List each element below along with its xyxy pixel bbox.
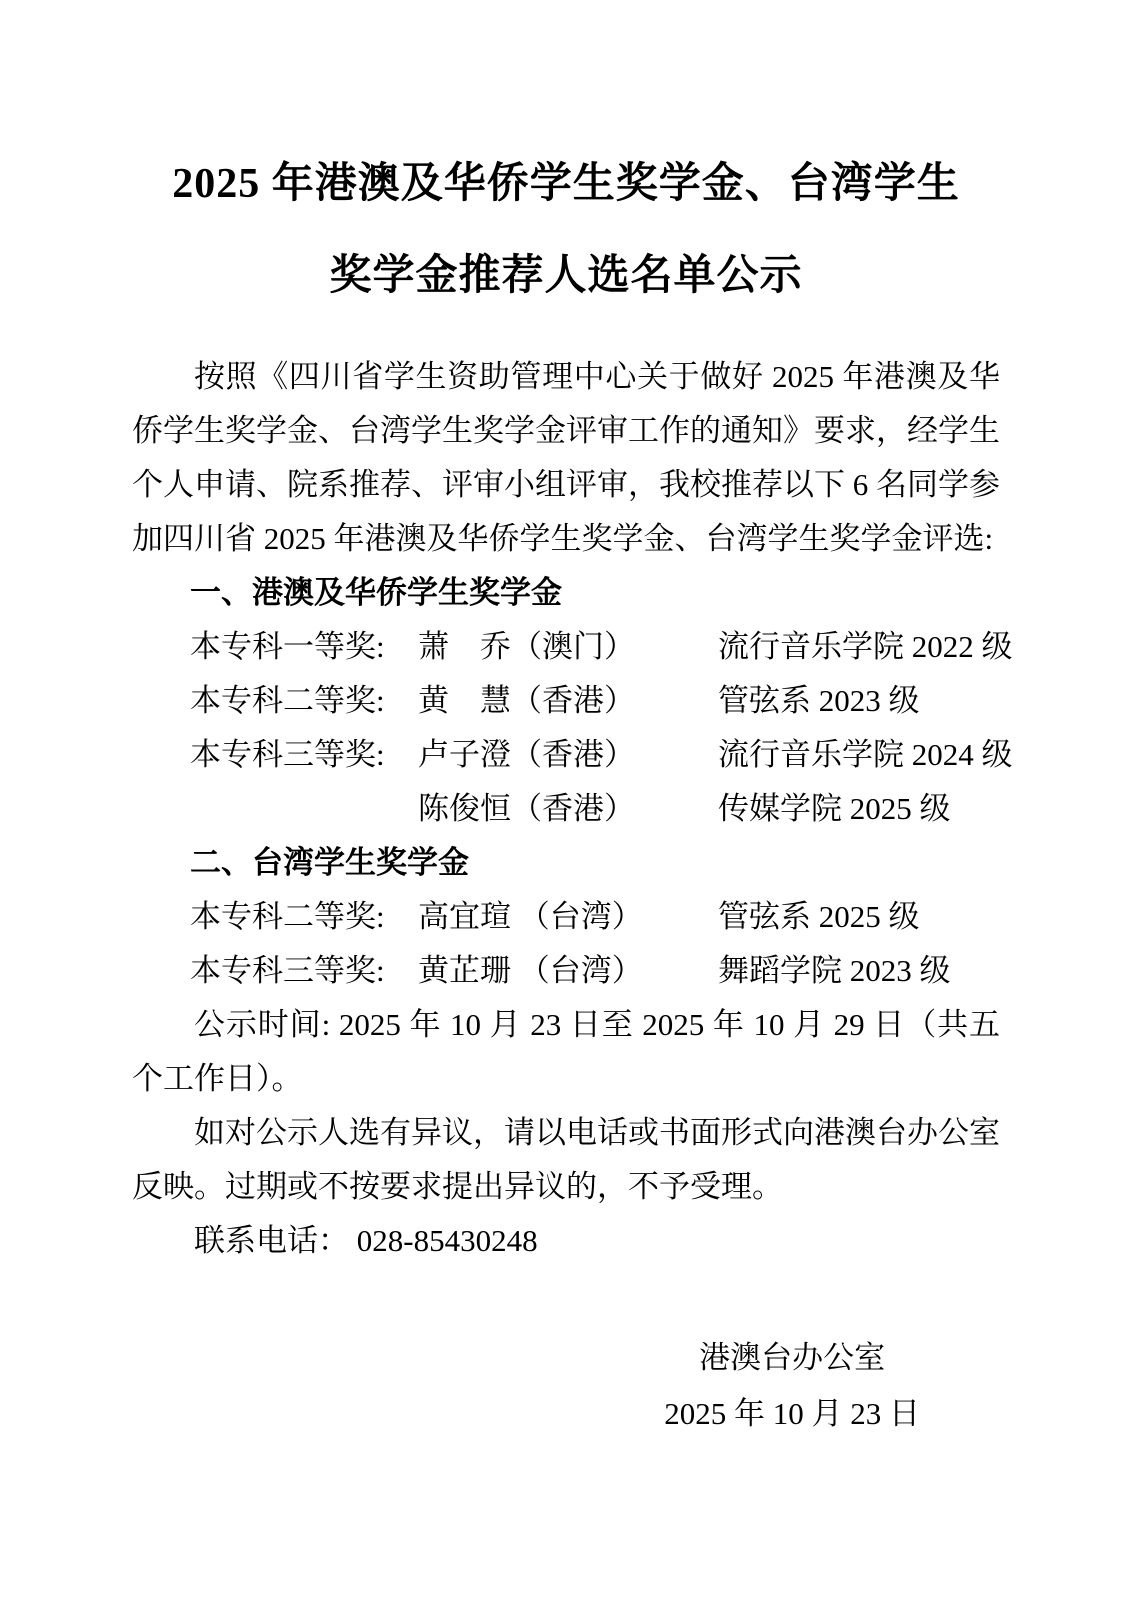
award-dept: 传媒学院 2025 级 xyxy=(718,782,1000,836)
title-line-2: 奖学金推荐人选名单公示 xyxy=(132,230,1000,322)
award-row: 本专科三等奖: 卢子澄（香港） 流行音乐学院 2024 级 xyxy=(132,728,1000,782)
award-name: 萧 乔（澳门） xyxy=(418,620,718,674)
signature-org: 港澳台办公室 xyxy=(664,1330,920,1386)
intro-paragraph: 按照《四川省学生资助管理中心关于做好 2025 年港澳及华侨学生奖学金、台湾学生… xyxy=(132,350,1000,566)
signature-date: 2025 年 10 月 23 日 xyxy=(664,1386,920,1442)
award-dept: 流行音乐学院 2024 级 xyxy=(718,728,1013,782)
award-row: 本专科二等奖: 黄 慧（香港） 管弦系 2023 级 xyxy=(132,674,1000,728)
section-1-heading: 一、港澳及华侨学生奖学金 xyxy=(132,566,1000,620)
contact-line: 联系电话： 028-85430248 xyxy=(132,1214,1000,1268)
award-dept: 管弦系 2023 级 xyxy=(718,674,1000,728)
award-label: 本专科三等奖: xyxy=(190,728,418,782)
publicity-period-paragraph: 公示时间: 2025 年 10 月 23 日至 2025 年 10 月 29 日… xyxy=(132,998,1000,1106)
award-label xyxy=(190,782,418,836)
award-label: 本专科一等奖: xyxy=(190,620,418,674)
award-row: 本专科一等奖: 萧 乔（澳门） 流行音乐学院 2022 级 xyxy=(132,620,1000,674)
award-name: 黄芷珊 （台湾） xyxy=(418,944,718,998)
award-row: 陈俊恒（香港） 传媒学院 2025 级 xyxy=(132,782,1000,836)
award-dept: 管弦系 2025 级 xyxy=(718,890,1000,944)
signature-block: 港澳台办公室 2025 年 10 月 23 日 xyxy=(664,1330,920,1442)
award-row: 本专科三等奖: 黄芷珊 （台湾） 舞蹈学院 2023 级 xyxy=(132,944,1000,998)
page-title: 2025 年港澳及华侨学生奖学金、台湾学生 奖学金推荐人选名单公示 xyxy=(132,138,1000,322)
title-line-1: 2025 年港澳及华侨学生奖学金、台湾学生 xyxy=(132,138,1000,230)
document-body: 按照《四川省学生资助管理中心关于做好 2025 年港澳及华侨学生奖学金、台湾学生… xyxy=(132,350,1000,1268)
award-name: 卢子澄（香港） xyxy=(418,728,718,782)
document-page: 2025 年港澳及华侨学生奖学金、台湾学生 奖学金推荐人选名单公示 按照《四川省… xyxy=(0,0,1132,1600)
award-dept: 舞蹈学院 2023 级 xyxy=(718,944,1000,998)
award-label: 本专科二等奖: xyxy=(190,674,418,728)
award-name: 高宜瑄 （台湾） xyxy=(418,890,718,944)
objection-paragraph: 如对公示人选有异议，请以电话或书面形式向港澳台办公室反映。过期或不按要求提出异议… xyxy=(132,1106,1000,1214)
award-name: 陈俊恒（香港） xyxy=(418,782,718,836)
section-2-heading: 二、台湾学生奖学金 xyxy=(132,836,1000,890)
award-label: 本专科二等奖: xyxy=(190,890,418,944)
award-row: 本专科二等奖: 高宜瑄 （台湾） 管弦系 2025 级 xyxy=(132,890,1000,944)
award-name: 黄 慧（香港） xyxy=(418,674,718,728)
award-label: 本专科三等奖: xyxy=(190,944,418,998)
award-dept: 流行音乐学院 2022 级 xyxy=(718,620,1013,674)
